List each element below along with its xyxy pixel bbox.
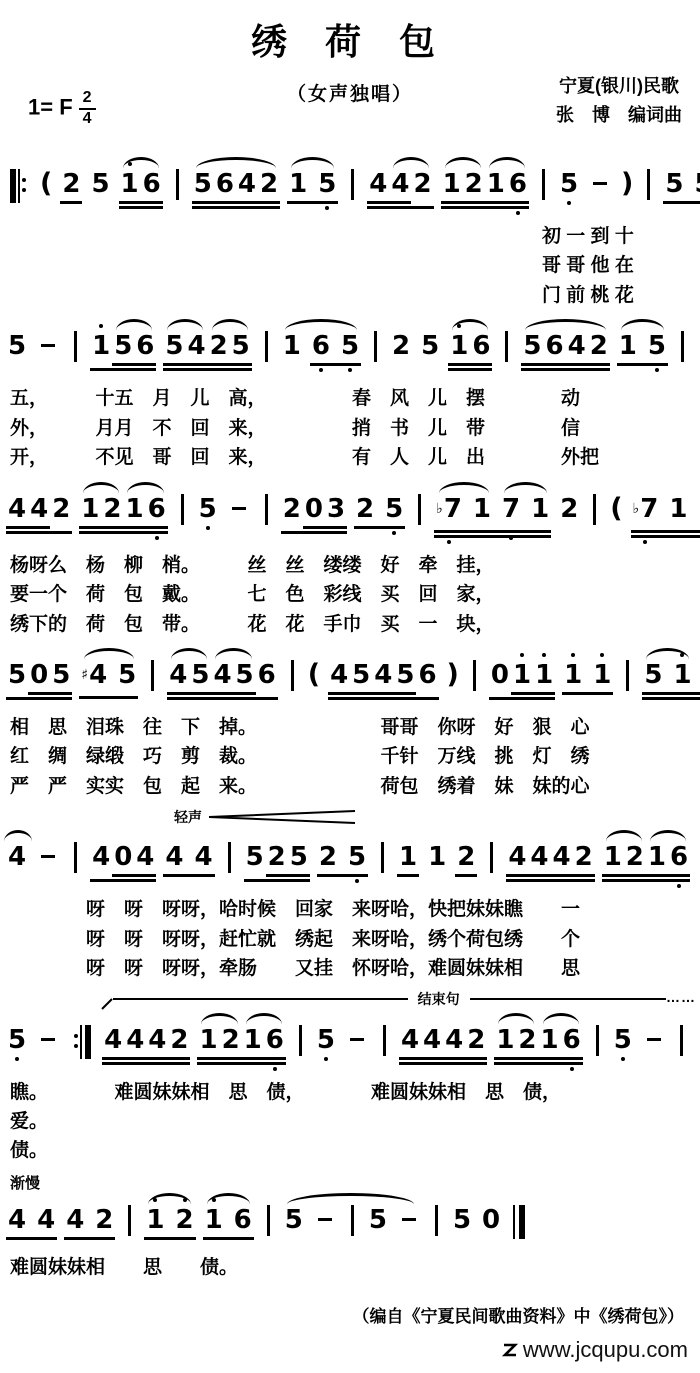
note-spacer [434, 169, 441, 170]
note-spacer [664, 660, 671, 661]
octave-dot-below [509, 536, 513, 540]
lyrics-block: 初 一 到 十 哥 哥 他 在 门 前 桃 花 [4, 222, 696, 310]
song-origin: 宁夏(银川)民歌 [556, 72, 682, 101]
note-spacer [82, 169, 89, 170]
note: 2 [411, 169, 433, 199]
beam-group: 1216 [79, 494, 167, 534]
note: 2 [588, 331, 610, 361]
octave-dot-below [273, 1067, 277, 1071]
note-spacer [86, 1205, 93, 1206]
lyric-line: 严 严 实实 包 起 来。 荷包 绣着 妹 妹的心 [10, 772, 696, 801]
beam-group: 11 [511, 660, 555, 695]
note: 6 [544, 331, 566, 361]
beam-group: 44 [6, 1205, 57, 1240]
note: 4 [124, 1025, 146, 1055]
beam-group: 4442 [506, 842, 594, 882]
octave-dot-above [571, 653, 575, 657]
barline [267, 1205, 270, 1236]
note-spacer [156, 842, 163, 843]
note-spacer [112, 169, 119, 170]
note: 6 [141, 169, 163, 199]
note: 2 [317, 842, 339, 872]
note-spacer [499, 842, 506, 843]
barline [381, 842, 384, 873]
note: 6 [232, 1205, 254, 1235]
beam-group: 16 [203, 1205, 254, 1240]
note: 4 [399, 1025, 421, 1055]
note: 2 [558, 494, 580, 524]
note-spacer [72, 660, 79, 661]
slur-arc [148, 1193, 191, 1205]
note: 4 [167, 660, 189, 690]
note-spacer [376, 494, 383, 495]
note-spacer [694, 660, 700, 661]
note: 4 [35, 1205, 57, 1235]
beam-group: 1216 [79, 494, 167, 529]
barline [176, 169, 179, 200]
note: 1 [511, 660, 533, 690]
beam-group: 1216 [494, 1025, 582, 1060]
note-spacer [477, 842, 484, 843]
note: 4 [528, 842, 550, 872]
slur-arc [445, 157, 481, 169]
note: 1 [533, 660, 555, 690]
note: 6 [146, 494, 168, 524]
beam-group: 1216 [197, 1025, 285, 1065]
beam-group: 45456 [328, 660, 438, 700]
note: 5 [6, 331, 28, 361]
slur-arc [4, 830, 32, 842]
beam-group: 4442 [399, 1025, 487, 1065]
note: 4 [6, 494, 28, 524]
credits: 宁夏(银川)民歌 张 博 编词曲 [556, 72, 682, 130]
slur-arc [543, 1013, 579, 1025]
beam-group: 04 [112, 842, 156, 877]
beam-group: 65 [310, 331, 361, 366]
note: 2 [455, 842, 477, 872]
note: 2 [281, 494, 303, 524]
note: 4 [28, 494, 50, 524]
slur-arc [525, 319, 606, 331]
music-system: 轻声 4404445252511244421216 呀 呀 呀呀，哈时候 回家 … [4, 807, 696, 983]
note-spacer [551, 494, 558, 495]
lyric-line: 开， 不见 哥 回 来， 有 人 儿 出 外把 [10, 443, 696, 472]
octave-dot-above [600, 653, 604, 657]
note-spacer [602, 494, 609, 495]
note-spacer [303, 331, 310, 332]
beam-group: 44 [6, 494, 50, 529]
note: 1 [529, 494, 551, 524]
note: 5 [315, 1025, 337, 1055]
accidental-icon: ♭ [436, 501, 443, 517]
note: ♭7 [434, 494, 464, 528]
note: 1 [119, 169, 141, 199]
note-spacer [660, 494, 667, 495]
beam-group: 25 [317, 842, 368, 877]
barline [626, 660, 629, 691]
note: 1 [397, 842, 419, 872]
slur-arc [171, 648, 207, 660]
note-spacer [72, 494, 79, 495]
beam-group: 11 [562, 660, 613, 695]
barline [505, 331, 508, 362]
slur-arc [207, 1193, 250, 1205]
beam-group: ♭7171 [631, 494, 700, 538]
note-spacer [252, 494, 259, 495]
note: 5 [288, 842, 310, 872]
lyric-line: 哥 哥 他 在 [10, 251, 696, 280]
note-spacer [274, 494, 281, 495]
note: 5 [642, 660, 664, 690]
note: 4 [185, 331, 207, 361]
note-spacer [685, 169, 692, 170]
note-spacer [166, 1205, 173, 1206]
note: 0 [303, 494, 325, 524]
note: 2 [624, 842, 646, 872]
note: 5 [612, 1025, 634, 1055]
note: ♯4 [79, 660, 109, 694]
lyric-line: 难圆妹妹相 思 债。 [10, 1253, 696, 1282]
note-spacer [185, 169, 192, 170]
note-spacer [61, 331, 68, 332]
slur-arc [201, 1013, 238, 1025]
note: 5 [192, 169, 214, 199]
beam-group: 4442 [102, 1025, 190, 1065]
note-spacer [360, 169, 367, 170]
beam-group: 15 [287, 169, 338, 204]
note: 1 [203, 1205, 225, 1235]
octave-dot-below [355, 879, 359, 883]
beam-group: 56 [112, 331, 156, 366]
lyrics-block: 杨呀么 杨 柳 梢。 丝 丝 缕缕 好 牵 挂，要一个 荷 包 戴。 七 色 彩… [4, 551, 696, 639]
note-spacer [595, 842, 602, 843]
note-spacer [219, 494, 226, 495]
note-spacer [610, 331, 617, 332]
note-spacer [492, 331, 499, 332]
note-spacer [332, 331, 339, 332]
note-spacer [368, 842, 375, 843]
note: 2 [220, 1025, 242, 1055]
note: 4 [328, 660, 350, 690]
note: 6 [416, 660, 438, 690]
note: 4 [506, 842, 528, 872]
note-spacer [32, 169, 39, 170]
accidental-icon: ♯ [81, 667, 88, 683]
note-spacer [690, 842, 697, 843]
note: 5 [50, 660, 72, 690]
note: 4 [551, 842, 573, 872]
section-label: 结束句 [408, 990, 470, 1008]
note-spacer [605, 1025, 612, 1026]
note-spacer [28, 1205, 35, 1206]
octave-dot-below [570, 1067, 574, 1071]
bracket-tick-icon [99, 990, 113, 1010]
note-spacer [482, 660, 489, 661]
note-spacer [310, 842, 317, 843]
note: 1 [441, 169, 463, 199]
music-line: 444212165550 [4, 1190, 696, 1253]
dash-note [40, 331, 56, 361]
slur-arc [621, 319, 664, 331]
octave-dot-above [520, 653, 524, 657]
note-spacer [163, 169, 170, 170]
octave-dot-below [324, 1057, 328, 1061]
note-spacer [613, 660, 620, 661]
octave-dot-below [621, 1057, 625, 1061]
section-bracket-annotation: 结束句…… [99, 990, 696, 1010]
note: 5 [692, 169, 700, 199]
note-spacer [361, 331, 368, 332]
note: 6 [264, 1025, 286, 1055]
note: 2 [60, 169, 82, 199]
beam-group: 03 [303, 494, 347, 529]
parenthesis: ) [620, 169, 634, 199]
note: 5 [367, 1205, 389, 1235]
note-spacer [160, 660, 167, 661]
note: 7 [696, 494, 700, 524]
dash-note [40, 1025, 56, 1055]
note: 5 [197, 494, 219, 524]
music-line: 4404445252511244421216 [4, 827, 696, 895]
note-spacer [487, 1025, 494, 1026]
beam-group: 16 [448, 331, 492, 366]
slur-arc [215, 648, 252, 660]
note: 2 [173, 1205, 195, 1235]
key-signature: 1= F24 [28, 90, 96, 128]
dash-note [231, 494, 247, 524]
beam-group: 442 [367, 169, 433, 209]
note: 4 [146, 1025, 168, 1055]
beam-group: 2 [455, 842, 477, 877]
beam-group: 25 [266, 842, 310, 877]
beam-group: 15 [617, 331, 668, 366]
note-spacer [392, 1025, 399, 1026]
note: 1 [144, 1205, 166, 1235]
lyric-line: 呀 呀 呀呀，哈时候 回家 来呀哈，快把妹妹瞧 一 [10, 895, 696, 924]
octave-dot-below [516, 211, 520, 215]
note-spacer [493, 494, 500, 495]
note: 5 [189, 660, 211, 690]
note-spacer [61, 1025, 68, 1026]
barline [418, 494, 421, 525]
slur-arc [606, 830, 642, 842]
note: 6 [214, 169, 236, 199]
slur-arc [116, 319, 152, 331]
note-spacer [252, 331, 259, 332]
note-spacer [613, 169, 620, 170]
note: 0 [28, 660, 50, 690]
lyric-line: 债。 [10, 1136, 696, 1165]
music-system: (251656421544212165)55116 初 一 到 十 哥 哥 他 … [4, 154, 696, 310]
note: 1 [646, 842, 668, 872]
beam-group: 1216 [197, 1025, 285, 1060]
note-spacer [448, 842, 455, 843]
dash-note [401, 1205, 417, 1235]
note-spacer [360, 1205, 367, 1206]
note: 1 [242, 1025, 264, 1055]
octave-dot-below [567, 201, 571, 205]
lyrics-block: 瞧。 难圆妹妹相 思 债， 难圆妹妹相 思 债，爱。债。 [4, 1078, 696, 1166]
note-spacer [634, 169, 641, 170]
note: 2 [93, 1205, 115, 1235]
repeat-end-barline [72, 1025, 91, 1059]
note-spacer [473, 1205, 480, 1206]
note-spacer [441, 331, 448, 332]
note: 5 [346, 842, 368, 872]
header: 绣 荷 包 （女声独唱） 1= F24 宁夏(银川)民歌 张 博 编词曲 [4, 6, 696, 154]
note: 1 [90, 331, 112, 361]
note-spacer [383, 331, 390, 332]
note: 5 [316, 169, 338, 199]
beam-group: 44 [163, 842, 214, 877]
dash-note [646, 1025, 662, 1055]
note-spacer [196, 1205, 203, 1206]
repeat-start-barline [10, 169, 28, 203]
note-spacer [308, 1025, 315, 1026]
beam-group: 1216 [441, 169, 529, 209]
beam-group: 55 [663, 169, 700, 204]
note-spacer [109, 660, 116, 661]
lyrics-block: 难圆妹妹相 思 债。 [4, 1253, 696, 1282]
beam-group: 404 [90, 842, 156, 882]
note-spacer [584, 660, 591, 661]
note-spacer [412, 331, 419, 332]
barline [181, 494, 184, 525]
note-spacer [138, 660, 145, 661]
music-system: 515654251652516564215 五， 十五 月 儿 高， 春 风 儿… [4, 316, 696, 472]
slur-arc [212, 319, 248, 331]
note-spacer [555, 660, 562, 661]
note-spacer [667, 1025, 674, 1026]
lyric-line: 呀 呀 呀呀，牵肠 又挂 怀呀哈，难圆妹妹相 思 [10, 954, 696, 983]
note: 1 [562, 660, 584, 690]
note: 4 [389, 169, 411, 199]
note: 0 [489, 660, 511, 690]
beam-group: 525 [244, 842, 310, 882]
note: 0 [112, 842, 134, 872]
note: 6 [668, 842, 690, 872]
barline [351, 1205, 354, 1236]
note: 4 [367, 169, 389, 199]
note: 4 [6, 842, 28, 872]
note: 6 [507, 169, 529, 199]
note-spacer [276, 1205, 283, 1206]
note-spacer [338, 1205, 345, 1206]
note-spacer [419, 842, 426, 843]
beam-group: 1216 [441, 169, 529, 204]
watermark: www.jcqupu.com [4, 1327, 696, 1363]
note: 5 [558, 169, 580, 199]
lyric-line: 瞧。 难圆妹妹相 思 债， 难圆妹妹相 思 债， [10, 1078, 696, 1107]
beam-group: 4442 [102, 1025, 190, 1060]
note-spacer [639, 331, 646, 332]
note: 1 [494, 1025, 516, 1055]
note: 1 [448, 331, 470, 361]
note: 5 [89, 169, 111, 199]
beam-group: 4442 [399, 1025, 487, 1060]
slur-arc [285, 319, 357, 331]
note-spacer [422, 1205, 429, 1206]
note-spacer [405, 494, 412, 495]
note: 6 [134, 331, 156, 361]
note-spacer [689, 494, 696, 495]
lyric-line: 杨呀么 杨 柳 梢。 丝 丝 缕缕 好 牵 挂， [10, 551, 696, 580]
note: 5 [521, 331, 543, 361]
tempo-annotation: 渐慢 [4, 1172, 696, 1190]
note-spacer [439, 660, 446, 661]
note: 5 [112, 331, 134, 361]
note-spacer [185, 842, 192, 843]
beam-group: 5425 [163, 331, 251, 371]
note: 4 [102, 1025, 124, 1055]
note-spacer [190, 494, 197, 495]
barline [383, 1025, 386, 1056]
music-line: (251656421544212165)55116 [4, 154, 696, 222]
beam-group: 5642 [192, 169, 280, 209]
barline [151, 660, 154, 691]
note: 1 [197, 1025, 219, 1055]
beam-group: 1216 [494, 1025, 582, 1065]
beam-group: ♭7171 [631, 494, 700, 533]
beam-group: 25 [354, 494, 405, 529]
barline [593, 494, 596, 525]
song-credit: 张 博 编词曲 [556, 101, 682, 130]
music-system: 4421216520325♭71712(♭71712) 杨呀么 杨 柳 梢。 丝… [4, 479, 696, 639]
parenthesis: ( [307, 660, 321, 690]
note: 5 [6, 1025, 28, 1055]
note: 1 [79, 494, 101, 524]
note: 4 [90, 842, 112, 872]
watermark-url: www.jcqupu.com [523, 1337, 688, 1363]
barline [299, 1025, 302, 1056]
note: 5 [244, 842, 266, 872]
lyric-line: 五， 十五 月 儿 高， 春 风 儿 摆 动 [10, 384, 696, 413]
music-line: 4421216520325♭71712(♭71712) [4, 479, 696, 551]
note-spacer [339, 842, 346, 843]
note: 6 [310, 331, 332, 361]
music-line: 515654251652516564215 [4, 316, 696, 384]
note-spacer [583, 1025, 590, 1026]
beam-group: 05 [28, 660, 72, 695]
octave-dot-below [392, 531, 396, 535]
note-spacer [225, 1205, 232, 1206]
barline [228, 842, 231, 873]
note-spacer [460, 660, 467, 661]
note-spacer [137, 1205, 144, 1206]
octave-dot-below [348, 368, 352, 372]
note-spacer [464, 494, 471, 495]
final-barline [513, 1205, 525, 1239]
barline [473, 660, 476, 691]
note: 1 [287, 169, 309, 199]
beam-group: 16 [119, 169, 163, 204]
time-signature-denominator: 4 [79, 110, 96, 128]
note-spacer [321, 660, 328, 661]
note: 6 [561, 1025, 583, 1055]
beam-group: 5642 [521, 331, 609, 371]
note-spacer [580, 169, 587, 170]
note-spacer [634, 1025, 641, 1026]
note-spacer [254, 1205, 261, 1206]
note: 1 [671, 660, 693, 690]
lyric-line: 红 绸 绿缎 巧 剪 裁。 千针 万线 挑 灯 绣 [10, 742, 696, 771]
barline [74, 842, 77, 873]
note-spacer [83, 842, 90, 843]
note-spacer [57, 1205, 64, 1206]
note-spacer [95, 1025, 102, 1026]
note-spacer [370, 1025, 377, 1026]
note: 4 [134, 842, 156, 872]
